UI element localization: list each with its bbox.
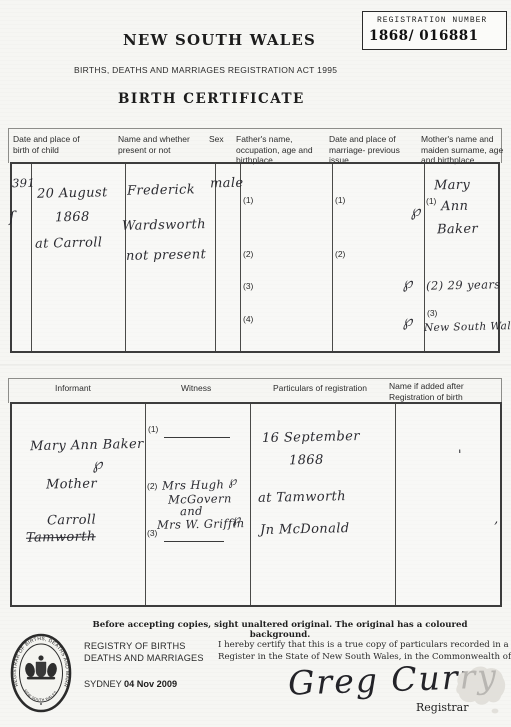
father-marker-1: (1) [243, 195, 253, 205]
mother-name-line3: Baker [437, 222, 478, 238]
name-added-column [395, 404, 500, 605]
witness-marker-1: (1) [148, 424, 158, 434]
column-header-sex: Sex [209, 134, 224, 145]
child-name-line2: Wardsworth [122, 217, 206, 234]
registry-name-line1: REGISTRY OF BIRTHS [84, 641, 186, 653]
registration-number-box: REGISTRATION NUMBER 1868/ 016881 [362, 11, 507, 50]
column-header-informant: Informant [55, 383, 91, 394]
mother-age: (2) 29 years [426, 277, 501, 293]
registry-seal: REGISTRAR OF BIRTHS, DEATHS AND MARRIAGE… [9, 632, 73, 714]
sex-value: male [210, 176, 244, 192]
copy-warning: Before accepting copies, sight unaltered… [90, 620, 470, 640]
column-header-witness: Witness [181, 383, 211, 394]
stray-mark: , [494, 512, 499, 527]
father-marker-3: (3) [243, 281, 253, 291]
column-header-name: Name and whether present or not [118, 134, 200, 155]
informant-address-line2: Tamworth [26, 529, 96, 545]
margin-flourish: ſ [9, 208, 15, 226]
mother-marker-1: (1) [426, 196, 436, 206]
marriage-marker-2: (2) [335, 249, 345, 259]
witness-marker-3: (3) [147, 528, 157, 538]
child-name-line1: Frederick [127, 182, 195, 198]
father-marker-4: (4) [243, 314, 253, 324]
registration-number-label: REGISTRATION NUMBER [377, 16, 487, 25]
blank-line [164, 540, 224, 542]
issue-date: 04 Nov 2009 [124, 679, 177, 689]
father-column [240, 164, 333, 351]
column-header-marriage: Date and place of marriage- previous iss… [329, 134, 409, 166]
registry-name-line2: DEATHS AND MARRIAGES [84, 653, 204, 665]
paraph-mark: ℘ [227, 473, 237, 488]
registration-table-header: Informant Witness Particulars of registr… [8, 378, 502, 403]
informant-column [12, 404, 146, 605]
mother-birthplace: New South Wales [424, 320, 511, 334]
birth-place-line: at Carroll [35, 235, 103, 251]
registration-table-body [10, 402, 502, 607]
birth-table-header: Date and place of birth of child Name an… [8, 128, 502, 163]
district-registrar-signature: Jn McDonald [260, 521, 350, 538]
blank-line [164, 436, 230, 438]
witness-name-line1: Mrs Hugh [162, 477, 225, 492]
witness-marker-2: (2) [147, 481, 157, 491]
informant-address-line1: Carroll [47, 512, 96, 528]
certification-line1: I hereby certify that this is a true cop… [218, 640, 509, 652]
father-marker-2: (2) [243, 249, 253, 259]
registration-date-line2: 1868 [289, 453, 324, 469]
column-header-date-place: Date and place of birth of child [13, 134, 95, 155]
australia-watermark-icon [450, 664, 508, 716]
registration-date-line1: 16 September [262, 429, 360, 446]
paper-crease [0, 364, 511, 366]
mother-marker-3: (3) [427, 308, 437, 318]
marriage-marker-1: (1) [335, 195, 345, 205]
column-header-mother: Mother's name and maiden surname, age an… [421, 134, 507, 166]
informant-relationship: Mother [46, 476, 97, 492]
birth-date-line2: 1868 [55, 210, 90, 226]
column-header-father: Father's name, occupation, age and birth… [236, 134, 318, 166]
certificate-title: BIRTH CERTIFICATE [118, 91, 305, 107]
mother-name-line2: Ann [441, 199, 469, 215]
issue-city: SYDNEY [84, 679, 122, 689]
margin-column [12, 164, 32, 351]
stray-mark: ' [458, 448, 462, 463]
mother-name-line1: Mary [434, 178, 471, 194]
sex-column [215, 164, 241, 351]
paraph-mark: ℘ [231, 511, 241, 526]
registration-number-value: 1868/ 016881 [369, 28, 479, 44]
birth-certificate-page: NEW SOUTH WALES REGISTRATION NUMBER 1868… [0, 0, 511, 727]
present-or-not: not present [126, 247, 206, 264]
registration-place: at Tamworth [258, 489, 346, 506]
birth-date-line1: 20 August [37, 185, 108, 201]
informant-name: Mary Ann Baker [30, 437, 144, 454]
column-header-particulars: Particulars of registration [273, 383, 367, 394]
column-header-name-added: Name if added after Registration of birt… [389, 381, 484, 402]
act-line: BIRTHS, DEATHS AND MARRIAGES REGISTRATIO… [74, 65, 337, 75]
page-title: NEW SOUTH WALES [123, 31, 316, 49]
entry-number: 391 [12, 176, 35, 190]
